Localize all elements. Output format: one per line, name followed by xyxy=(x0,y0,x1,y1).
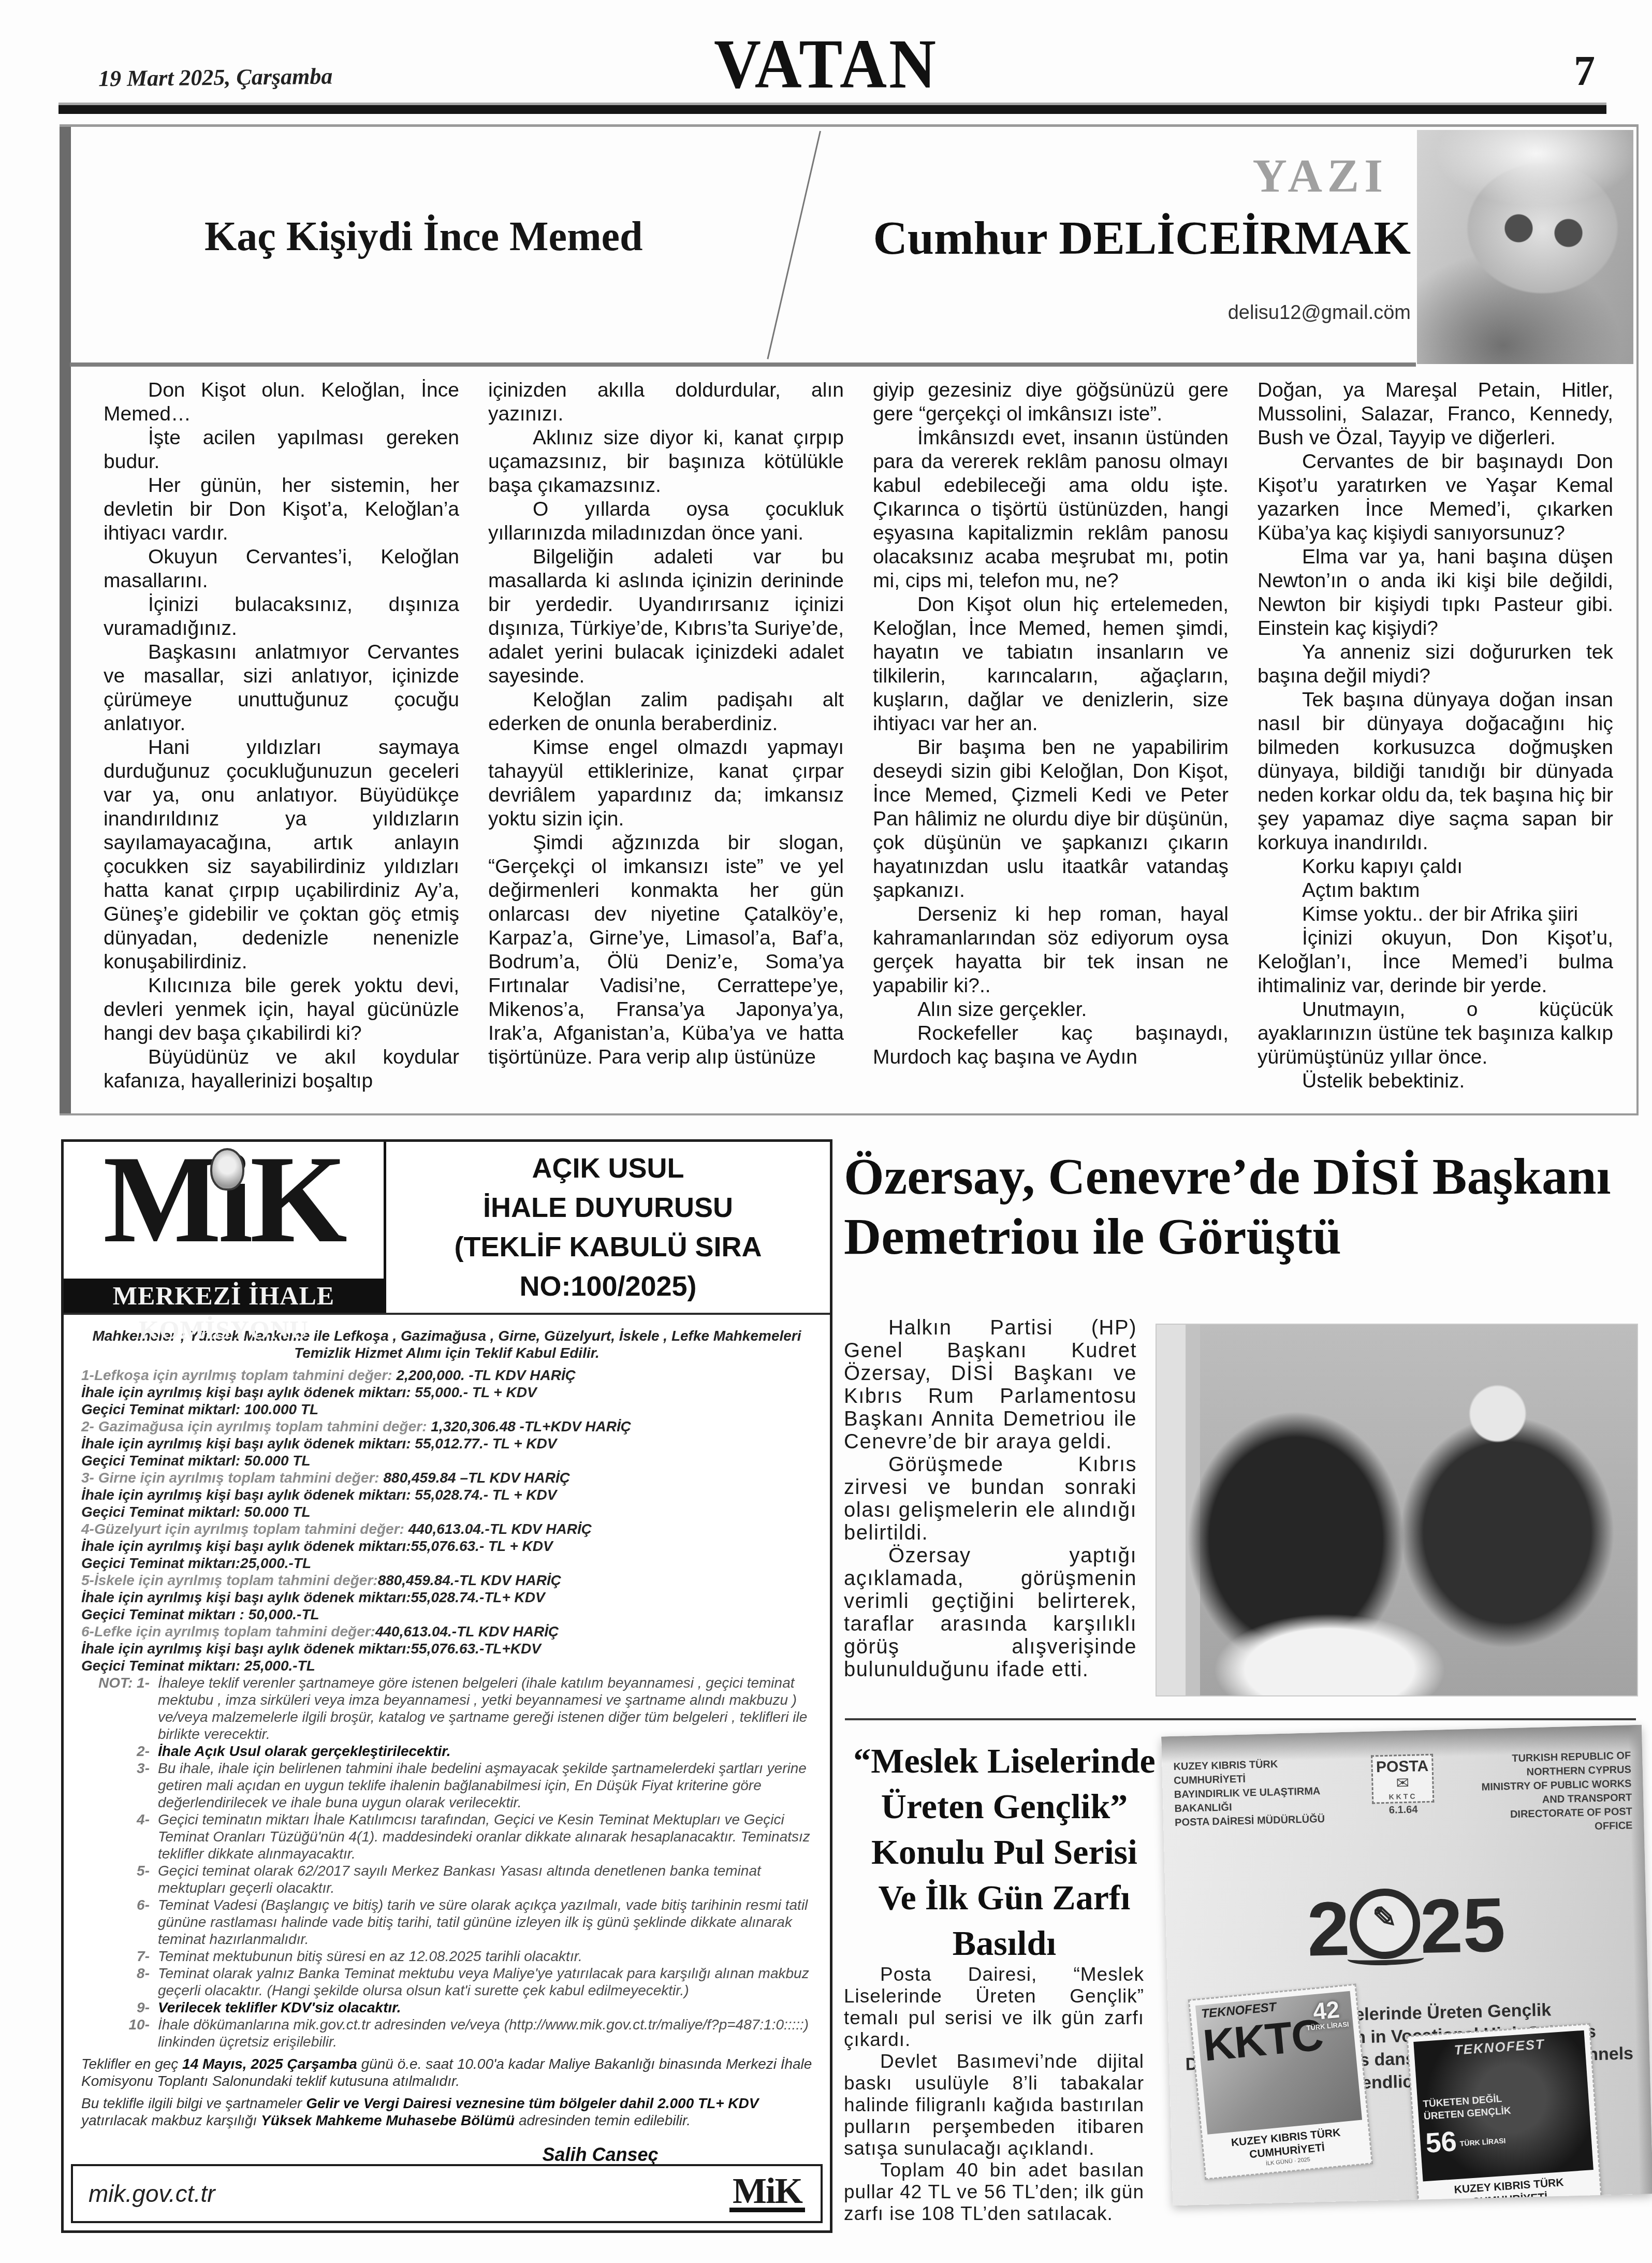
article-paragraph: Şimdi ağzınızda bir slogan, “Gerçekçi ol… xyxy=(488,831,844,1069)
tender-item-label: İhale için ayrılmış kişi başı aylık öden… xyxy=(81,1538,411,1554)
article-paragraph: Kimse yoktu.. der bir Afrika şiiri xyxy=(1258,903,1613,926)
tender-heading: AÇIK USUL İHALE DUYURUSU (TEKLİF KABULÜ … xyxy=(386,1142,830,1313)
tender-item-value: 55,076.63.- TL + KDV xyxy=(411,1538,553,1554)
masthead: VATAN xyxy=(0,30,1652,100)
open-book-icon xyxy=(1347,1951,1424,1966)
tender-item: İhale için ayrılmış kişi başı aylık öden… xyxy=(81,1384,812,1401)
tender-note-number: 5- xyxy=(81,1862,158,1896)
article-header-rule xyxy=(70,362,1416,367)
tender-item: 5-İskele için ayrılmış toplam tahmini de… xyxy=(81,1572,812,1589)
tender-item: Geçici Teminat miktarl: 50.000 TL xyxy=(81,1452,812,1469)
tender-note-number: 2- xyxy=(81,1743,158,1760)
article-paragraph: Alın size gerçekler. xyxy=(873,998,1229,1022)
tender-item-value: 50,000.-TL xyxy=(244,1606,319,1622)
stamp-article-headline: “Meslek Liselerinde Üreten Gençlik” Konu… xyxy=(853,1738,1156,1966)
author-photo xyxy=(1417,130,1633,364)
tender-note: 7- Teminat mektubunun bitiş süresi en az… xyxy=(81,1948,812,1965)
tender-item-label: İhale için ayrılmış kişi başı aylık öden… xyxy=(81,1384,411,1400)
article-paragraph: İşte acilen yapılması gereken budur. xyxy=(104,426,459,474)
value-number: 56 xyxy=(1425,2126,1458,2159)
tender-item-label: Geçici Teminat miktarı : xyxy=(81,1606,244,1622)
author-email: delisu12@gmail.cöm xyxy=(1228,303,1411,323)
article-paragraph: İmkânsızdı evet, insanın üstünden para d… xyxy=(873,426,1229,593)
article-paragraph: Bilgeliğin adaleti var bu masallarda ki … xyxy=(488,545,844,688)
article-column-3: giyip gezesiniz diye göğsünüzü gere gere… xyxy=(873,379,1229,1107)
info-mid: yatırılacak makbuz karşılığı xyxy=(81,2112,261,2128)
stamp-article-paragraph: Toplam 40 bin adet basılan pullar 42 TL … xyxy=(844,2159,1144,2225)
year-digits: 25 xyxy=(1419,1882,1507,1969)
article-paragraph: Açtım baktım xyxy=(1258,879,1613,903)
tender-item-label: 2- Gazimağusa için ayrılmış toplam tahmi… xyxy=(81,1418,427,1434)
tender-note-number: 3- xyxy=(81,1760,158,1811)
posta-kktc: KKTC xyxy=(1376,1792,1430,1802)
tender-note: 2- İhale Açık Usul olarak gerçekleştiril… xyxy=(81,1743,812,1760)
tender-info: Bu teklifle ilgili bilgi ve şartnameler … xyxy=(81,2095,812,2129)
article-paragraph: Elma var ya, hani başına düşen Newton’ın… xyxy=(1258,545,1613,641)
article-paragraph: İçinizi okuyun, Don Kişot’u, Keloğlan’ı,… xyxy=(1258,926,1613,998)
tender-item-value: 50.000 TL xyxy=(240,1504,310,1520)
mik-tender-notice: MiK MERKEZİ İHALE KOMİSYONU AÇIK USUL İH… xyxy=(61,1139,832,2233)
gear-pencil-icon: ✎ xyxy=(1349,1888,1421,1960)
value-number: 42 xyxy=(1312,1996,1341,2025)
tender-item: İhale için ayrılmış kişi başı aylık öden… xyxy=(81,1486,812,1503)
info-fee: Gelir ve Vergi Dairesi veznesine tüm böl… xyxy=(306,2095,758,2111)
ozersay-paragraph: Halkın Partisi (HP) Genel Başkanı Kudret… xyxy=(844,1316,1137,1453)
tender-note-text: Bu ihale, ihale için belirlenen tahmini … xyxy=(158,1760,812,1811)
tender-item-value: 55,028.74.- TL + KDV xyxy=(411,1487,557,1503)
ozersay-paragraph: Özersay yaptığı açıklamada, görüşmenin v… xyxy=(844,1544,1137,1681)
year-digit: 2 xyxy=(1306,1886,1351,1972)
ozersay-paragraph: Görüşmede Kıbrıs zirvesi ve bundan sonra… xyxy=(844,1453,1137,1544)
tender-item: 6-Lefke için ayrılmış toplam tahmini değ… xyxy=(81,1623,812,1640)
posta-date: 6.1.64 xyxy=(1372,1803,1435,1818)
article-column-2: içinizden akılla doldurdular, alın yazın… xyxy=(488,379,844,1107)
article-paragraph: Büyüdünüz ve akıl koydular kafanıza, hay… xyxy=(104,1046,459,1093)
deadline-pre: Teklifler en geç xyxy=(81,2056,182,2072)
info-office: Yüksek Mahkeme Muhasebe Bölümü xyxy=(261,2112,515,2128)
tender-item-label: Geçici Teminat miktarl: xyxy=(81,1453,240,1469)
tender-item-value: 100.000 TL xyxy=(240,1401,318,1417)
article-paragraph: Ya anneniz sizi doğururken tek başına de… xyxy=(1258,641,1613,688)
tender-note-text: Geçici teminatın miktarı İhale Katılımcı… xyxy=(158,1811,812,1862)
cover-header-line: BAYINDIRLIK VE ULAŞTIRMA BAKANLIĞI xyxy=(1174,1785,1330,1816)
column-label: YAZI xyxy=(1252,152,1388,199)
stamp-article-paragraph: Devlet Basımevi’nde dijital baskı usulüy… xyxy=(844,2051,1144,2159)
mik-logo: MiK MERKEZİ İHALE KOMİSYONU xyxy=(64,1142,386,1313)
stamp-article-body: Posta Dairesi, “Meslek Liselerinde Ürete… xyxy=(844,1964,1144,2257)
tender-item: İhale için ayrılmış kişi başı aylık öden… xyxy=(81,1537,812,1555)
stamp-42tl: TEKNOFEST KKTC 42TÜRK LİRASI KUZEY KIBRI… xyxy=(1189,1984,1372,2180)
tender-note-number: 10- xyxy=(81,2016,158,2050)
article-paragraph: içinizden akılla doldurdular, alın yazın… xyxy=(488,379,844,426)
cover-header-right: TURKISH REPUBLIC OF NORTHERN CYPRUSMINIS… xyxy=(1475,1749,1633,1836)
ozersay-headline: Özersay, Cenevre’de DİSİ Başkanı Demetri… xyxy=(844,1147,1641,1267)
tender-item-label: İhale için ayrılmış kişi başı aylık öden… xyxy=(81,1435,411,1452)
tender-item: İhale için ayrılmış kişi başı aylık öden… xyxy=(81,1640,812,1657)
cover-header-line: DIRECTORATE OF POST OFFICE xyxy=(1477,1805,1633,1836)
info-pre: Bu teklifle ilgili bilgi ve şartnameler xyxy=(81,2095,306,2111)
cover-header-line: MINISTRY OF PUBLIC WORKS AND TRANSPORT xyxy=(1476,1777,1632,1808)
tender-item-value: 440,613.04.-TL KDV HARİÇ xyxy=(404,1521,592,1537)
mik-website-url: mik.gov.ct.tr xyxy=(89,2182,215,2206)
mik-header: MiK MERKEZİ İHALE KOMİSYONU AÇIK USUL İH… xyxy=(64,1142,830,1315)
tender-item-label: Geçici Teminat miktarı: xyxy=(81,1555,240,1571)
tender-item: 4-Güzelyurt için ayrılmış toplam tahmini… xyxy=(81,1520,812,1537)
tender-note-text: İhaleye teklif verenler şartnameye göre … xyxy=(158,1674,812,1743)
tender-note: 9- Verilecek teklifler KDV'siz olacaktır… xyxy=(81,1999,812,2016)
article-columns: Don Kişot olun. Keloğlan, İnce Memed…İşt… xyxy=(104,379,1613,1107)
tender-item-value: 2,200,000. -TL KDV HARİÇ xyxy=(392,1367,576,1383)
tender-note-number: 7- xyxy=(81,1948,158,1965)
tender-item-label: 1-Lefkoşa için ayrılmış toplam tahmini d… xyxy=(81,1367,392,1383)
tender-item: Geçici Teminat miktarı: 25,000.-TL xyxy=(81,1657,812,1674)
article-paragraph: giyip gezesiniz diye göğsünüzü gere gere… xyxy=(873,379,1229,426)
article-paragraph: Don Kişot olun. Keloğlan, İnce Memed… xyxy=(104,379,459,426)
tender-note-text: İhale dökümanlarına mik.gov.ct.tr adresi… xyxy=(158,2016,812,2050)
section-divider xyxy=(845,1718,1636,1720)
mik-logo-small: MiK xyxy=(729,2175,805,2212)
tender-item-label: 5-İskele için ayrılmış toplam tahmini de… xyxy=(81,1572,378,1588)
tender-item-value: 55,076.63.-TL+KDV xyxy=(411,1641,541,1657)
deadline-date: 14 Mayıs, 2025 Çarşamba xyxy=(182,2056,357,2072)
tender-item: 1-Lefkoşa için ayrılmış toplam tahmini d… xyxy=(81,1367,812,1384)
posta-stamp-frame: POSTA ✉ KKTC xyxy=(1371,1754,1434,1804)
ozersay-demetriou-photo xyxy=(1156,1324,1638,1696)
tender-note: 5- Geçici teminat olarak 62/2017 sayılı … xyxy=(81,1862,812,1896)
article-paragraph: Okuyun Cervantes’i, Keloğlan masallarını… xyxy=(104,545,459,593)
mik-footer: mik.gov.ct.tr MiK xyxy=(71,2164,823,2223)
article-paragraph: Don Kişot olun hiç ertelemeden, Keloğlan… xyxy=(873,593,1229,736)
tender-item-value: 440,613.04.-TL KDV HARİÇ xyxy=(375,1623,559,1640)
article-paragraph: Üstelik bebektiniz. xyxy=(1258,1069,1613,1093)
stamp-value: 42TÜRK LİRASI xyxy=(1304,1996,1350,2032)
stamp-value: 56TÜRK LİRASI xyxy=(1425,2124,1507,2157)
tender-note-number: NOT: 1- xyxy=(81,1674,158,1743)
tender-note-number: 4- xyxy=(81,1811,158,1862)
value-unit: TÜRK LİRASI xyxy=(1306,2020,1349,2033)
article-paragraph: Aklınız size diyor ki, kanat çırpıp uçam… xyxy=(488,426,844,498)
article-column-4: Doğan, ya Mareşal Petain, Hitler, Mussol… xyxy=(1258,379,1613,1107)
posta-word: POSTA xyxy=(1375,1759,1430,1776)
article-paragraph: Tek başına dünyaya doğan insan nasıl bir… xyxy=(1258,688,1613,855)
article-paragraph: Başkasını anlatmıyor Cervantes ve masall… xyxy=(104,641,459,736)
tender-note-text: İhale Açık Usul olarak gerçekleştirilece… xyxy=(158,1743,812,1760)
tender-item-value: 880,459.84 –TL KDV HARİÇ xyxy=(379,1470,570,1486)
tender-item: Geçici Teminat miktarl: 50.000 TL xyxy=(81,1503,812,1520)
tender-note-text: Teminat Vadesi (Başlangıç ve bitiş) tari… xyxy=(158,1896,812,1948)
stamp-56tl: TEKNOFEST TÜKETEN DEĞİLÜRETEN GENÇLİK 56… xyxy=(1407,2024,1602,2206)
article-title: Kaç Kişiydi İnce Memed xyxy=(204,214,643,259)
tender-note: 3- Bu ihale, ihale için belirlenen tahmi… xyxy=(81,1760,812,1811)
tender-note-number: 8- xyxy=(81,1965,158,1999)
tender-note: 10- İhale dökümanlarına mik.gov.ct.tr ad… xyxy=(81,2016,812,2050)
tender-item-value: 55,028.74.-TL+ KDV xyxy=(411,1589,545,1605)
tender-heading-line3: (TEKLİF KABULÜ SIRA NO:100/2025) xyxy=(386,1227,830,1306)
tender-item-label: 6-Lefke için ayrılmış toplam tahmini değ… xyxy=(81,1623,375,1640)
tender-item: İhale için ayrılmış kişi başı aylık öden… xyxy=(81,1589,812,1606)
stamp-subtext: İLK GÜNÜ · 2025 xyxy=(1425,2201,1596,2206)
tender-heading-line2: İHALE DUYURUSU xyxy=(386,1188,830,1227)
ozersay-body: Halkın Partisi (HP) Genel Başkanı Kudret… xyxy=(844,1316,1137,1710)
tender-note-text: Teminat olarak yalnız Banka Teminat mekt… xyxy=(158,1965,812,1999)
mik-logo-caption: MERKEZİ İHALE KOMİSYONU xyxy=(64,1279,384,1313)
article-left-bar xyxy=(60,127,71,1113)
tender-item-label: İhale için ayrılmış kişi başı aylık öden… xyxy=(81,1589,411,1605)
cover-header-left: KUZEY KIBRIS TÜRK CUMHURİYETİBAYINDIRLIK… xyxy=(1173,1757,1330,1830)
tender-note-number: 9- xyxy=(81,1999,158,2016)
tender-item-label: Geçici Teminat miktarl: xyxy=(81,1401,240,1417)
tender-note: 4- Geçici teminatın miktarı İhale Katılı… xyxy=(81,1811,812,1862)
tender-items: 1-Lefkoşa için ayrılmış toplam tahmini d… xyxy=(81,1367,812,1674)
article-paragraph: Doğan, ya Mareşal Petain, Hitler, Mussol… xyxy=(1258,379,1613,450)
tender-item-value: 25,000.-TL xyxy=(240,1658,315,1674)
pencil-icon: ✎ xyxy=(1356,1898,1413,1937)
tender-item-label: İhale için ayrılmış kişi başı aylık öden… xyxy=(81,1641,411,1657)
tender-item-label: 3- Girne için ayrılmış toplam tahmini de… xyxy=(81,1470,379,1486)
article-paragraph: Kimse engel olmazdı yapmayı tahayyül ett… xyxy=(488,736,844,831)
stamp-article-paragraph: Posta Dairesi, “Meslek Liselerinde Ürete… xyxy=(844,1964,1144,2051)
tender-note: 6- Teminat Vadesi (Başlangıç ve bitiş) t… xyxy=(81,1896,812,1948)
tender-heading-line1: AÇIK USUL xyxy=(386,1149,830,1188)
tender-item-label: 4-Güzelyurt için ayrılmış toplam tahmini… xyxy=(81,1521,404,1537)
tender-notes: NOT: 1- İhaleye teklif verenler şartname… xyxy=(81,1674,812,2050)
tender-note-number: 6- xyxy=(81,1896,158,1948)
tender-note: 8- Teminat olarak yalnız Banka Teminat m… xyxy=(81,1965,812,1999)
article-paragraph: Her günün, her sistemin, her devletin bi… xyxy=(104,474,459,545)
tender-item-label: Geçici Teminat miktarl: xyxy=(81,1504,240,1520)
article-paragraph: Cervantes de bir başınaydı Don Kişot’u y… xyxy=(1258,450,1613,545)
tender-item-value: 55,012.77.- TL + KDV xyxy=(411,1435,557,1452)
tender-item-label: Geçici Teminat miktarı: xyxy=(81,1658,240,1674)
tender-item-value: 25,000.-TL xyxy=(240,1555,311,1571)
stamp-42tl-image: TEKNOFEST KKTC 42TÜRK LİRASI xyxy=(1195,1991,1362,2135)
tender-body: Mahkemeler ; Yüksek Mahkeme ile Lefkoşa … xyxy=(64,1315,830,2217)
info-post: adresinden temin edilebilir. xyxy=(515,2112,691,2128)
tender-item: Geçici Teminat miktarı:25,000.-TL xyxy=(81,1555,812,1572)
first-day-cover: KUZEY KIBRIS TÜRK CUMHURİYETİBAYINDIRLIK… xyxy=(1161,1725,1652,2206)
article-paragraph: Kılıcınıza bile gerek yoktu devi, devler… xyxy=(104,974,459,1046)
tender-item: İhale için ayrılmış kişi başı aylık öden… xyxy=(81,1435,812,1452)
header-rule xyxy=(59,103,1606,114)
stamp-56tl-image: TEKNOFEST TÜKETEN DEĞİLÜRETEN GENÇLİK 56… xyxy=(1413,2030,1593,2182)
article-author: Cumhur DELİCEİRMAK xyxy=(873,214,1411,262)
article-paragraph: İçinizi bulacaksınız, dışınıza vuramadığ… xyxy=(104,593,459,641)
article-paragraph: Bir başıma ben ne yapabilirim deseydi si… xyxy=(873,736,1229,903)
tender-note-text: Geçici teminat olarak 62/2017 sayılı Mer… xyxy=(158,1862,812,1896)
teknofest-label: TEKNOFEST xyxy=(1414,2035,1585,2059)
tender-item: 2- Gazimağusa için ayrılmış toplam tahmi… xyxy=(81,1418,812,1435)
article-paragraph: O yıllarda oysa çocukluk yıllarınızda mi… xyxy=(488,498,844,545)
coat-of-arms-icon xyxy=(210,1148,244,1191)
tender-deadline: Teklifler en geç 14 Mayıs, 2025 Çarşamba… xyxy=(81,2055,812,2090)
feature-article: Kaç Kişiydi İnce Memed YAZI Cumhur DELİC… xyxy=(60,124,1639,1115)
tender-item: Geçici Teminat miktarl: 100.000 TL xyxy=(81,1401,812,1418)
signature-name: Salih Canseç xyxy=(418,2142,783,2167)
article-paragraph: Derseniz ki hep roman, hayal kahramanlar… xyxy=(873,903,1229,998)
newspaper-page: 19 Mart 2025, Çarşamba VATAN 7 Kaç Kişiy… xyxy=(0,0,1652,2263)
article-paragraph: Rockefeller kaç başınaydı, Murdoch kaç b… xyxy=(873,1022,1229,1069)
tender-item-value: 880,459.84.-TL KDV HARİÇ xyxy=(378,1572,561,1588)
article-paragraph: Hani yıldızları saymaya durduğunuz çocuk… xyxy=(104,736,459,974)
tender-item-value: 1,320,306.48 -TL+KDV HARİÇ xyxy=(427,1418,632,1434)
year-2025-logo: 2✎25 xyxy=(1165,1882,1647,1972)
tender-item-value: 55,000.- TL + KDV xyxy=(411,1384,537,1400)
posta-logo: POSTA ✉ KKTC 6.1.64 xyxy=(1371,1754,1435,1818)
title-slash-divider xyxy=(767,131,821,359)
tender-item-label: İhale için ayrılmış kişi başı aylık öden… xyxy=(81,1487,411,1503)
stamp-slogan: TÜKETEN DEĞİLÜRETEN GENÇLİK xyxy=(1423,2093,1512,2123)
article-paragraph: Unutmayın, o küçücük ayaklarınızın üstün… xyxy=(1258,998,1613,1069)
article-paragraph: Keloğlan zalim padişahı alt ederken de o… xyxy=(488,688,844,736)
article-paragraph: Korku kapıyı çaldı xyxy=(1258,855,1613,879)
tender-item-value: 50.000 TL xyxy=(240,1453,310,1469)
tender-note-text: Verilecek teklifler KDV'siz olacaktır. xyxy=(158,1999,812,2016)
value-unit: TÜRK LİRASI xyxy=(1459,2136,1506,2148)
dove-envelope-icon: ✉ xyxy=(1375,1774,1430,1793)
tender-item: Geçici Teminat miktarı : 50,000.-TL xyxy=(81,1606,812,1623)
page-number: 7 xyxy=(1574,50,1595,92)
tender-item: 3- Girne için ayrılmış toplam tahmini de… xyxy=(81,1469,812,1486)
tender-note: NOT: 1- İhaleye teklif verenler şartname… xyxy=(81,1674,812,1743)
tender-note-text: Teminat mektubunun bitiş süresi en az 12… xyxy=(158,1948,812,1965)
article-column-1: Don Kişot olun. Keloğlan, İnce Memed…İşt… xyxy=(104,379,459,1107)
